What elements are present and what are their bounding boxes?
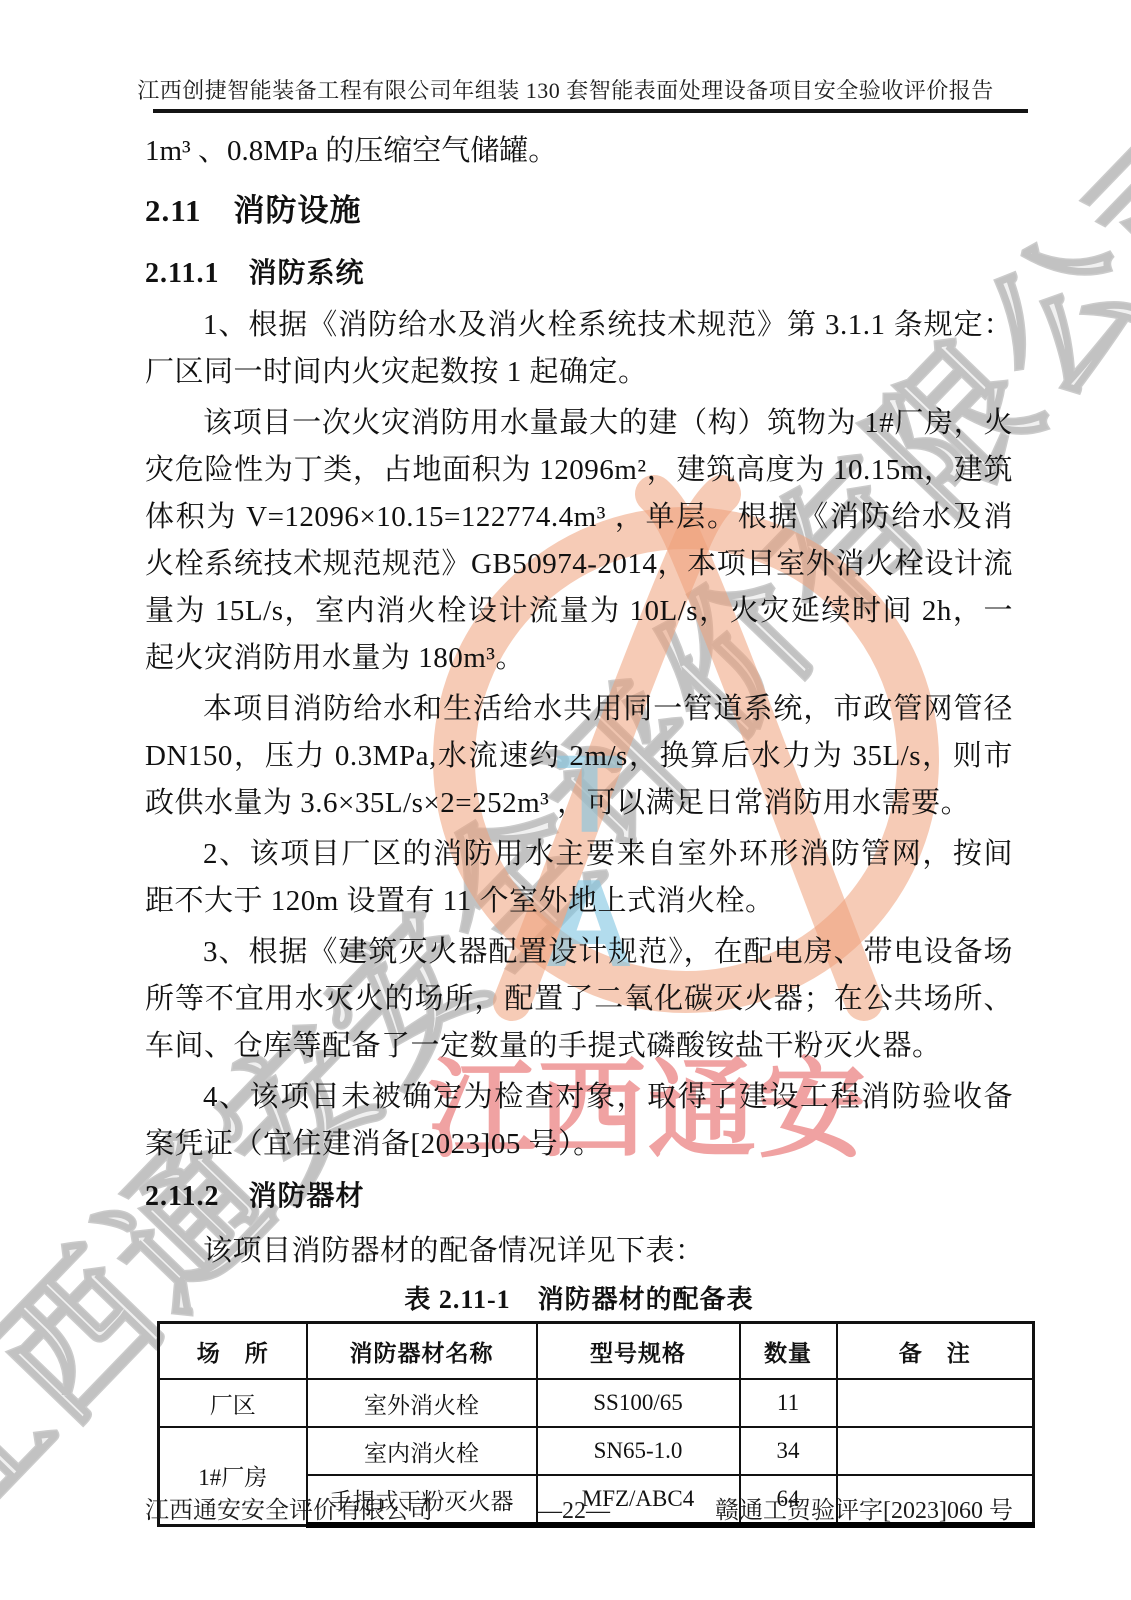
table-row: 厂区 室外消火栓 SS100/65 11 [159, 1379, 1034, 1427]
paragraph: 本项目消防给水和生活给水共用同一管道系统，市政管网管径 DN150，压力 0.3… [145, 686, 1013, 827]
paragraph-continuation: 1m³ 、0.8MPa 的压缩空气储罐。 [145, 128, 1013, 175]
table-row: 1#厂房 室内消火栓 SN65-1.0 34 [159, 1427, 1034, 1475]
cell-quantity: 34 [740, 1427, 837, 1475]
footer-doc-number: 赣通工贸验评字[2023]060 号 [715, 1490, 1013, 1525]
table-caption: 表 2.11-1 消防器材的配备表 [145, 1283, 1013, 1317]
col-header-quantity: 数量 [740, 1323, 837, 1380]
paragraph: 1、根据《消防给水及消火栓系统技术规范》第 3.1.1 条规定：厂区同一时间内火… [145, 302, 1013, 396]
col-header-model: 型号规格 [537, 1323, 740, 1380]
col-header-remark: 备 注 [837, 1323, 1034, 1380]
cell-equipment-name: 室内消火栓 [307, 1427, 537, 1475]
table-header-row: 场 所 消防器材名称 型号规格 数量 备 注 [159, 1323, 1034, 1380]
section-heading-2-11-2: 2.11.2 消防器材 [145, 1178, 1013, 1216]
body-text: 1m³ 、0.8MPa 的压缩空气储罐。 2.11 消防设施 2.11.1 消防… [145, 128, 1013, 1528]
page-footer: 江西通安安全评价有限公司 —22— 赣通工贸验评字[2023]060 号 [145, 1490, 1013, 1525]
col-header-place: 场 所 [159, 1323, 307, 1380]
report-header-title: 江西创捷智能装备工程有限公司年组装 130 套智能表面处理设备项目安全验收评价报… [0, 74, 1131, 105]
cell-place: 厂区 [159, 1379, 307, 1427]
cell-model: SN65-1.0 [537, 1427, 740, 1475]
page-content: 江西创捷智能装备工程有限公司年组装 130 套智能表面处理设备项目安全验收评价报… [0, 0, 1131, 1600]
footer-company: 江西通安安全评价有限公司 [145, 1490, 433, 1525]
cell-remark [837, 1427, 1034, 1475]
document-page: 江西通安安全评价有限公司 T A 江西通安 江西创捷智能装备工程有限公司年组装 … [0, 0, 1131, 1600]
cell-remark [837, 1379, 1034, 1427]
paragraph: 2、该项目厂区的消防用水主要来自室外环形消防管网，按间距不大于 120m 设置有… [145, 831, 1013, 925]
table-intro-text: 该项目消防器材的配备情况详见下表： [145, 1228, 1013, 1275]
cell-model: SS100/65 [537, 1379, 740, 1427]
cell-equipment-name: 室外消火栓 [307, 1379, 537, 1427]
paragraph: 该项目一次火灾消防用水量最大的建（构）筑物为 1#厂房，火灾危险性为丁类，占地面… [145, 400, 1013, 682]
paragraph: 4、该项目未被确定为检查对象，取得了建设工程消防验收备案凭证（宜住建消备[202… [145, 1074, 1013, 1168]
footer-page-number: —22— [538, 1498, 610, 1525]
col-header-equipment-name: 消防器材名称 [307, 1323, 537, 1380]
cell-quantity: 11 [740, 1379, 837, 1427]
section-heading-2-11: 2.11 消防设施 [145, 191, 1013, 231]
paragraph: 3、根据《建筑灭火器配置设计规范》，在配电房、带电设备场所等不宜用水灭火的场所，… [145, 929, 1013, 1070]
header-rule [153, 109, 1028, 113]
section-heading-2-11-1: 2.11.1 消防系统 [145, 255, 1013, 292]
